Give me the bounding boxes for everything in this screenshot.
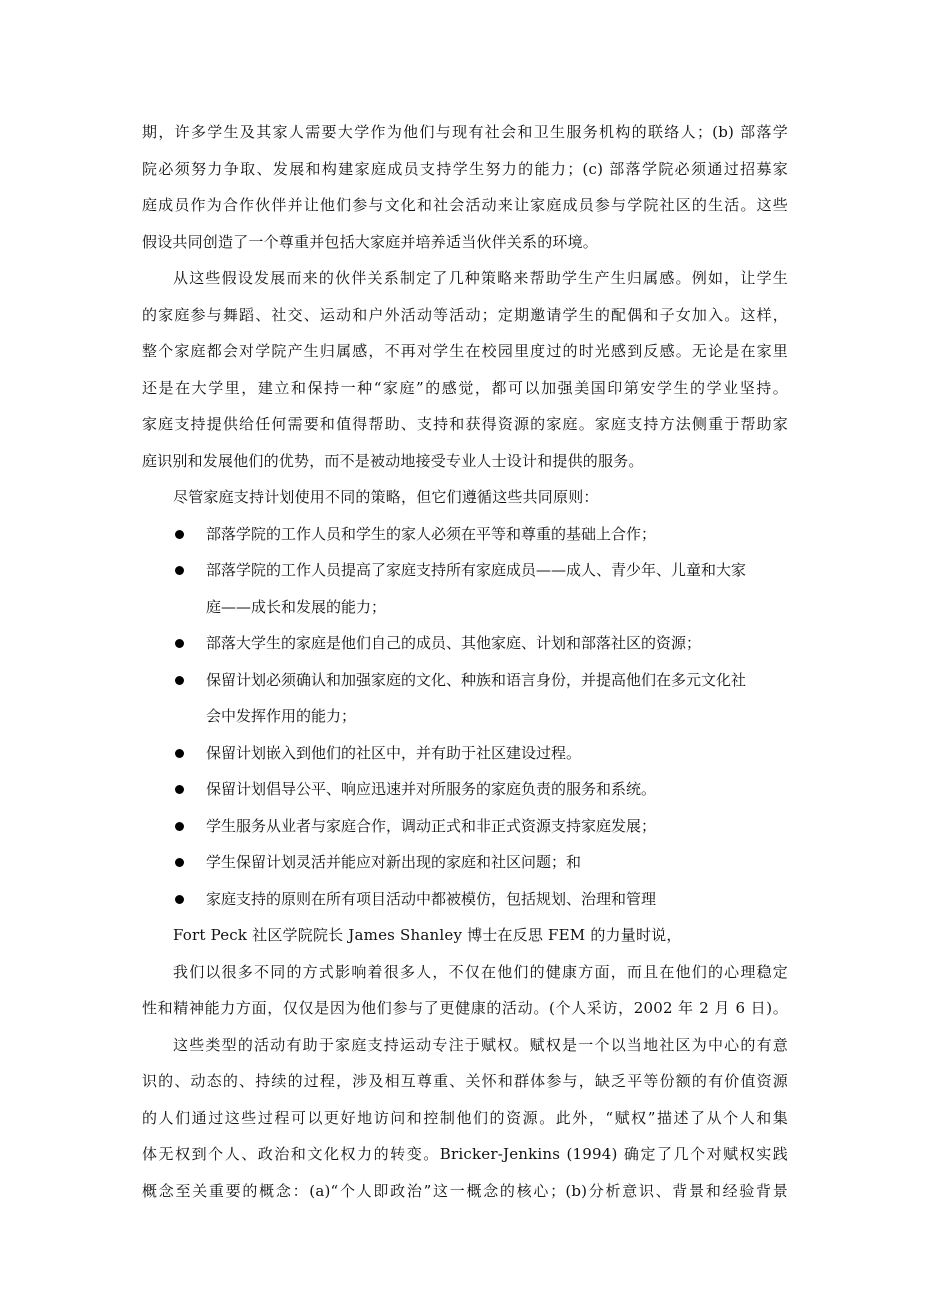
bullet-icon — [175, 749, 184, 758]
list-item: 部落学院的工作人员和学生的家人必须在平等和尊重的基础上合作； — [142, 516, 788, 553]
text-line: 院必须努力争取、发展和构建家庭成员支持学生努力的能力；(c) 部落学院必须通过招… — [142, 151, 788, 188]
list-item: 部落学院的工作人员提高了家庭支持所有家庭成员——成人、青少年、儿童和大家 — [142, 552, 788, 589]
bullet-icon — [175, 895, 184, 904]
bullet-icon — [175, 639, 184, 648]
text-line: 概念至关重要的概念：(a)“个人即政治”这一概念的核心；(b)分析意识、背景和经… — [142, 1173, 788, 1210]
text-line: 庭识别和发展他们的优势，而不是被动地接受专业人士设计和提供的服务。 — [142, 443, 788, 480]
list-item: 学生服务从业者与家庭合作，调动正式和非正式资源支持家庭发展； — [142, 808, 788, 845]
list-item: 部落大学生的家庭是他们自己的成员、其他家庭、计划和部落社区的资源； — [142, 625, 788, 662]
paragraph-3: 尽管家庭支持计划使用不同的策略，但它们遵循这些共同原则： — [142, 479, 788, 516]
text-line: 的人们通过这些过程可以更好地访问和控制他们的资源。此外，“赋权”描述了从个人和集 — [142, 1100, 788, 1137]
text-line: 还是在大学里，建立和保持一种“家庭”的感觉，都可以加强美国印第安学生的学业坚持。 — [142, 370, 788, 407]
bullet-icon — [175, 822, 184, 831]
list-item-text: 部落学院的工作人员提高了家庭支持所有家庭成员——成人、青少年、儿童和大家 — [206, 561, 746, 579]
list-item-continuation: 会中发挥作用的能力； — [142, 698, 788, 735]
text-line: 性和精神能力方面，仅仅是因为他们参与了更健康的活动。(个人采访，2002 年 2… — [142, 990, 788, 1027]
paragraph-4: Fort Peck 社区学院院长 James Shanley 博士在反思 FEM… — [142, 917, 788, 954]
bullet-icon — [175, 530, 184, 539]
list-item-text: 学生服务从业者与家庭合作，调动正式和非正式资源支持家庭发展； — [206, 817, 656, 835]
list-item-continuation: 庭——成长和发展的能力； — [142, 589, 788, 626]
bullet-icon — [175, 566, 184, 575]
text-line: 期，许多学生及其家人需要大学作为他们与现有社会和卫生服务机构的联络人；(b) 部… — [142, 114, 788, 151]
text-line: 假设共同创造了一个尊重并包括大家庭并培养适当伙伴关系的环境。 — [142, 224, 788, 261]
text-line: 体无权到个人、政治和文化权力的转变。Bricker-Jenkins (1994)… — [142, 1136, 788, 1173]
bullet-icon — [175, 676, 184, 685]
text-line: 整个家庭都会对学院产生归属感，不再对学生在校园里度过的时光感到反感。无论是在家里 — [142, 333, 788, 370]
bullet-icon — [175, 858, 184, 867]
document-page: 期，许多学生及其家人需要大学作为他们与现有社会和卫生服务机构的联络人；(b) 部… — [142, 114, 788, 1209]
paragraph-1: 期，许多学生及其家人需要大学作为他们与现有社会和卫生服务机构的联络人；(b) 部… — [142, 114, 788, 260]
list-item-text: 保留计划必须确认和加强家庭的文化、种族和语言身份，并提高他们在多元文化社 — [206, 671, 746, 689]
list-item-text: 部落大学生的家庭是他们自己的成员、其他家庭、计划和部落社区的资源； — [206, 634, 701, 652]
text-line: 这些类型的活动有助于家庭支持运动专注于赋权。赋权是一个以当地社区为中心的有意 — [142, 1027, 788, 1064]
paragraph-2: 从这些假设发展而来的伙伴关系制定了几种策略来帮助学生产生归属感。例如，让学生 的… — [142, 260, 788, 479]
list-item-text: 保留计划嵌入到他们的社区中，并有助于社区建设过程。 — [206, 744, 581, 762]
text-line: 家庭支持提供给任何需要和值得帮助、支持和获得资源的家庭。家庭支持方法侧重于帮助家 — [142, 406, 788, 443]
list-item-text: 部落学院的工作人员和学生的家人必须在平等和尊重的基础上合作； — [206, 525, 656, 543]
list-item-text: 保留计划倡导公平、响应迅速并对所服务的家庭负责的服务和系统。 — [206, 780, 656, 798]
text-line: Fort Peck 社区学院院长 James Shanley 博士在反思 FEM… — [142, 917, 788, 954]
bullet-icon — [175, 785, 184, 794]
principles-list: 部落学院的工作人员和学生的家人必须在平等和尊重的基础上合作； 部落学院的工作人员… — [142, 516, 788, 918]
list-item: 家庭支持的原则在所有项目活动中都被模仿，包括规划、治理和管理 — [142, 881, 788, 918]
list-item-text: 家庭支持的原则在所有项目活动中都被模仿，包括规划、治理和管理 — [206, 890, 656, 908]
text-line: 从这些假设发展而来的伙伴关系制定了几种策略来帮助学生产生归属感。例如，让学生 — [142, 260, 788, 297]
list-item: 保留计划嵌入到他们的社区中，并有助于社区建设过程。 — [142, 735, 788, 772]
text-line: 尽管家庭支持计划使用不同的策略，但它们遵循这些共同原则： — [142, 479, 788, 516]
list-item-text: 学生保留计划灵活并能应对新出现的家庭和社区问题；和 — [206, 853, 581, 871]
quote-paragraph: 我们以很多不同的方式影响着很多人，不仅在他们的健康方面，而且在他们的心理稳定 性… — [142, 954, 788, 1027]
list-item: 保留计划倡导公平、响应迅速并对所服务的家庭负责的服务和系统。 — [142, 771, 788, 808]
text-line: 我们以很多不同的方式影响着很多人，不仅在他们的健康方面，而且在他们的心理稳定 — [142, 954, 788, 991]
text-line: 的家庭参与舞蹈、社交、运动和户外活动等活动；定期邀请学生的配偶和子女加入。这样， — [142, 297, 788, 334]
paragraph-6: 这些类型的活动有助于家庭支持运动专注于赋权。赋权是一个以当地社区为中心的有意 识… — [142, 1027, 788, 1210]
list-item: 学生保留计划灵活并能应对新出现的家庭和社区问题；和 — [142, 844, 788, 881]
list-item: 保留计划必须确认和加强家庭的文化、种族和语言身份，并提高他们在多元文化社 — [142, 662, 788, 699]
text-line: 识的、动态的、持续的过程，涉及相互尊重、关怀和群体参与，缺乏平等份额的有价值资源 — [142, 1063, 788, 1100]
text-line: 庭成员作为合作伙伴并让他们参与文化和社会活动来让家庭成员参与学院社区的生活。这些 — [142, 187, 788, 224]
